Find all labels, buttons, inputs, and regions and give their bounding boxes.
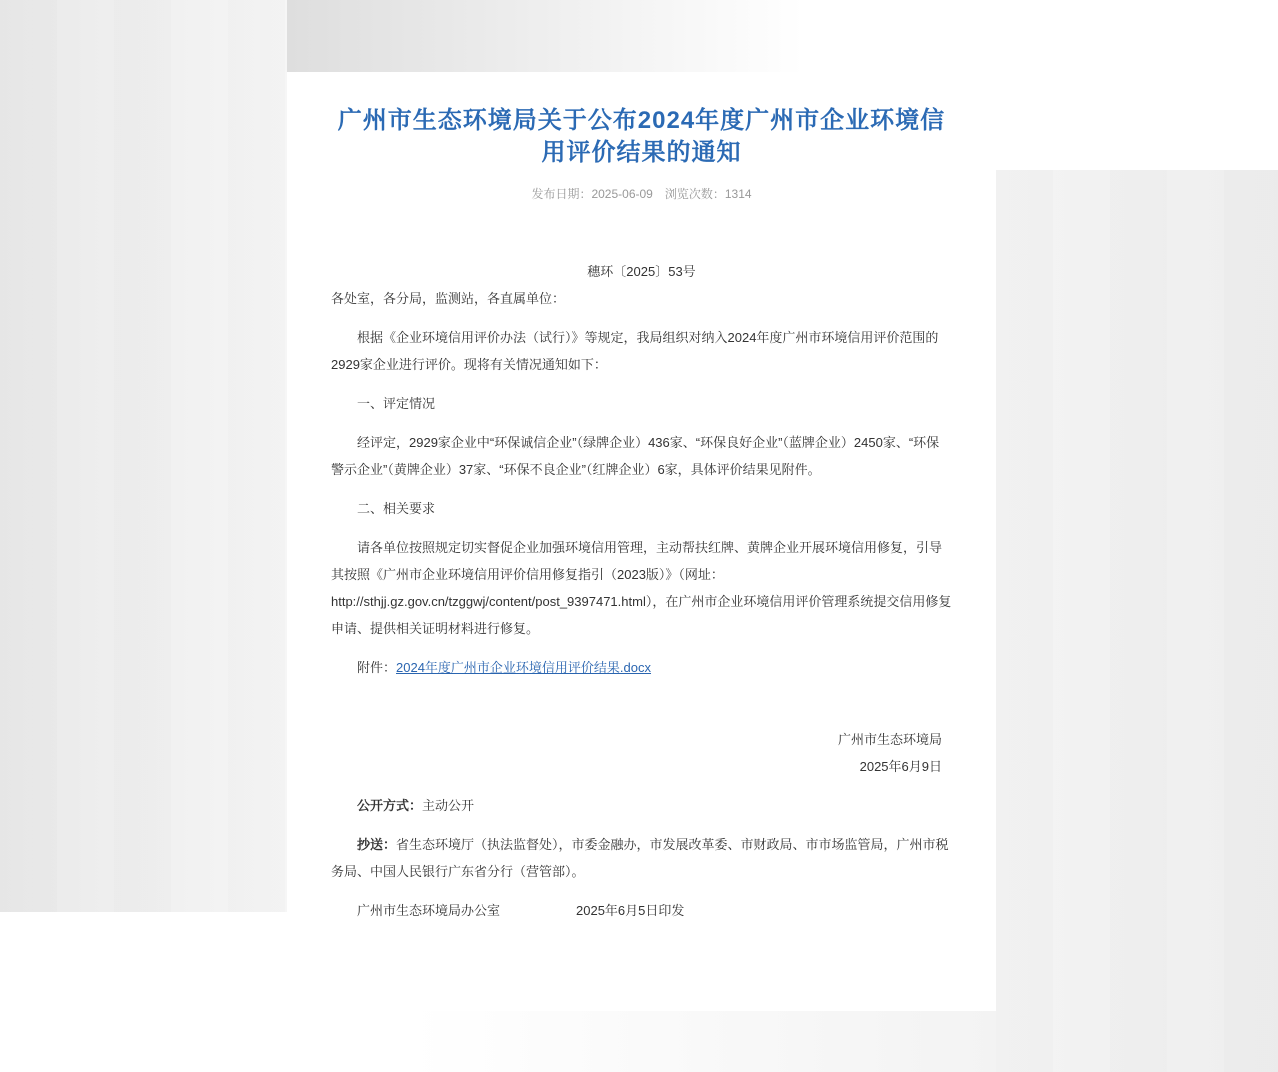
cc-text: 省生态环境厅（执法监督处），市委金融办，市发展改革委、市财政局、市市场监管局，广…: [331, 837, 949, 879]
page-title-line1: 广州市生态环境局关于公布2024年度广州市企业环境信: [331, 105, 952, 137]
document-number: 穗环〔2025〕53号: [331, 258, 952, 285]
views-count: 1314: [725, 187, 752, 201]
page-background-left: [0, 0, 287, 912]
page-title-line2: 用评价结果的通知: [331, 137, 952, 169]
imprint-line: 广州市生态环境局办公室2025年6月5日印发: [331, 897, 952, 924]
imprint-print-date: 2025年6月5日印发: [576, 903, 684, 918]
disclosure-label: 公开方式：: [357, 798, 422, 813]
page-background-right: [996, 170, 1278, 1072]
publish-date-label: 发布日期：: [531, 187, 591, 201]
disclosure-value: 主动公开: [422, 798, 474, 813]
attachment-line: 附件：2024年度广州市企业环境信用评价结果.docx: [331, 654, 952, 681]
cc-line: 抄送：省生态环境厅（执法监督处），市委金融办，市发展改革委、市财政局、市市场监管…: [331, 831, 952, 885]
views-label: 浏览次数：: [665, 187, 725, 201]
signature-org: 广州市生态环境局: [331, 726, 942, 753]
intro-paragraph: 根据《企业环境信用评价办法（试行）》等规定，我局组织对纳入2024年度广州市环境…: [331, 324, 952, 378]
signature-date: 2025年6月9日: [331, 753, 942, 780]
page-title: 广州市生态环境局关于公布2024年度广州市企业环境信 用评价结果的通知: [331, 105, 952, 169]
notice-article-panel: 广州市生态环境局关于公布2024年度广州市企业环境信 用评价结果的通知 发布日期…: [287, 72, 996, 1011]
attachment-link[interactable]: 2024年度广州市企业环境信用评价结果.docx: [396, 660, 651, 675]
salutation: 各处室，各分局，监测站，各直属单位：: [331, 285, 952, 312]
section1-paragraph: 经评定，2929家企业中“环保诚信企业”（绿牌企业）436家、“环保良好企业”（…: [331, 429, 952, 483]
attachment-label: 附件：: [357, 660, 396, 675]
section2-heading: 二、相关要求: [331, 495, 952, 522]
cc-label: 抄送：: [357, 837, 396, 852]
publish-date-value: 2025-06-09: [591, 187, 652, 201]
section2-paragraph: 请各单位按照规定切实督促企业加强环境信用管理，主动帮扶红牌、黄牌企业开展环境信用…: [331, 534, 952, 642]
article-meta: 发布日期：2025-06-09浏览次数：1314: [331, 185, 952, 203]
imprint-office: 广州市生态环境局办公室: [357, 903, 500, 918]
disclosure-line: 公开方式：主动公开: [331, 792, 952, 819]
signature-block: 广州市生态环境局 2025年6月9日: [331, 726, 952, 780]
page-background-bottom: [410, 1011, 996, 1072]
section1-heading: 一、评定情况: [331, 390, 952, 417]
page-background-top: [287, 0, 832, 72]
